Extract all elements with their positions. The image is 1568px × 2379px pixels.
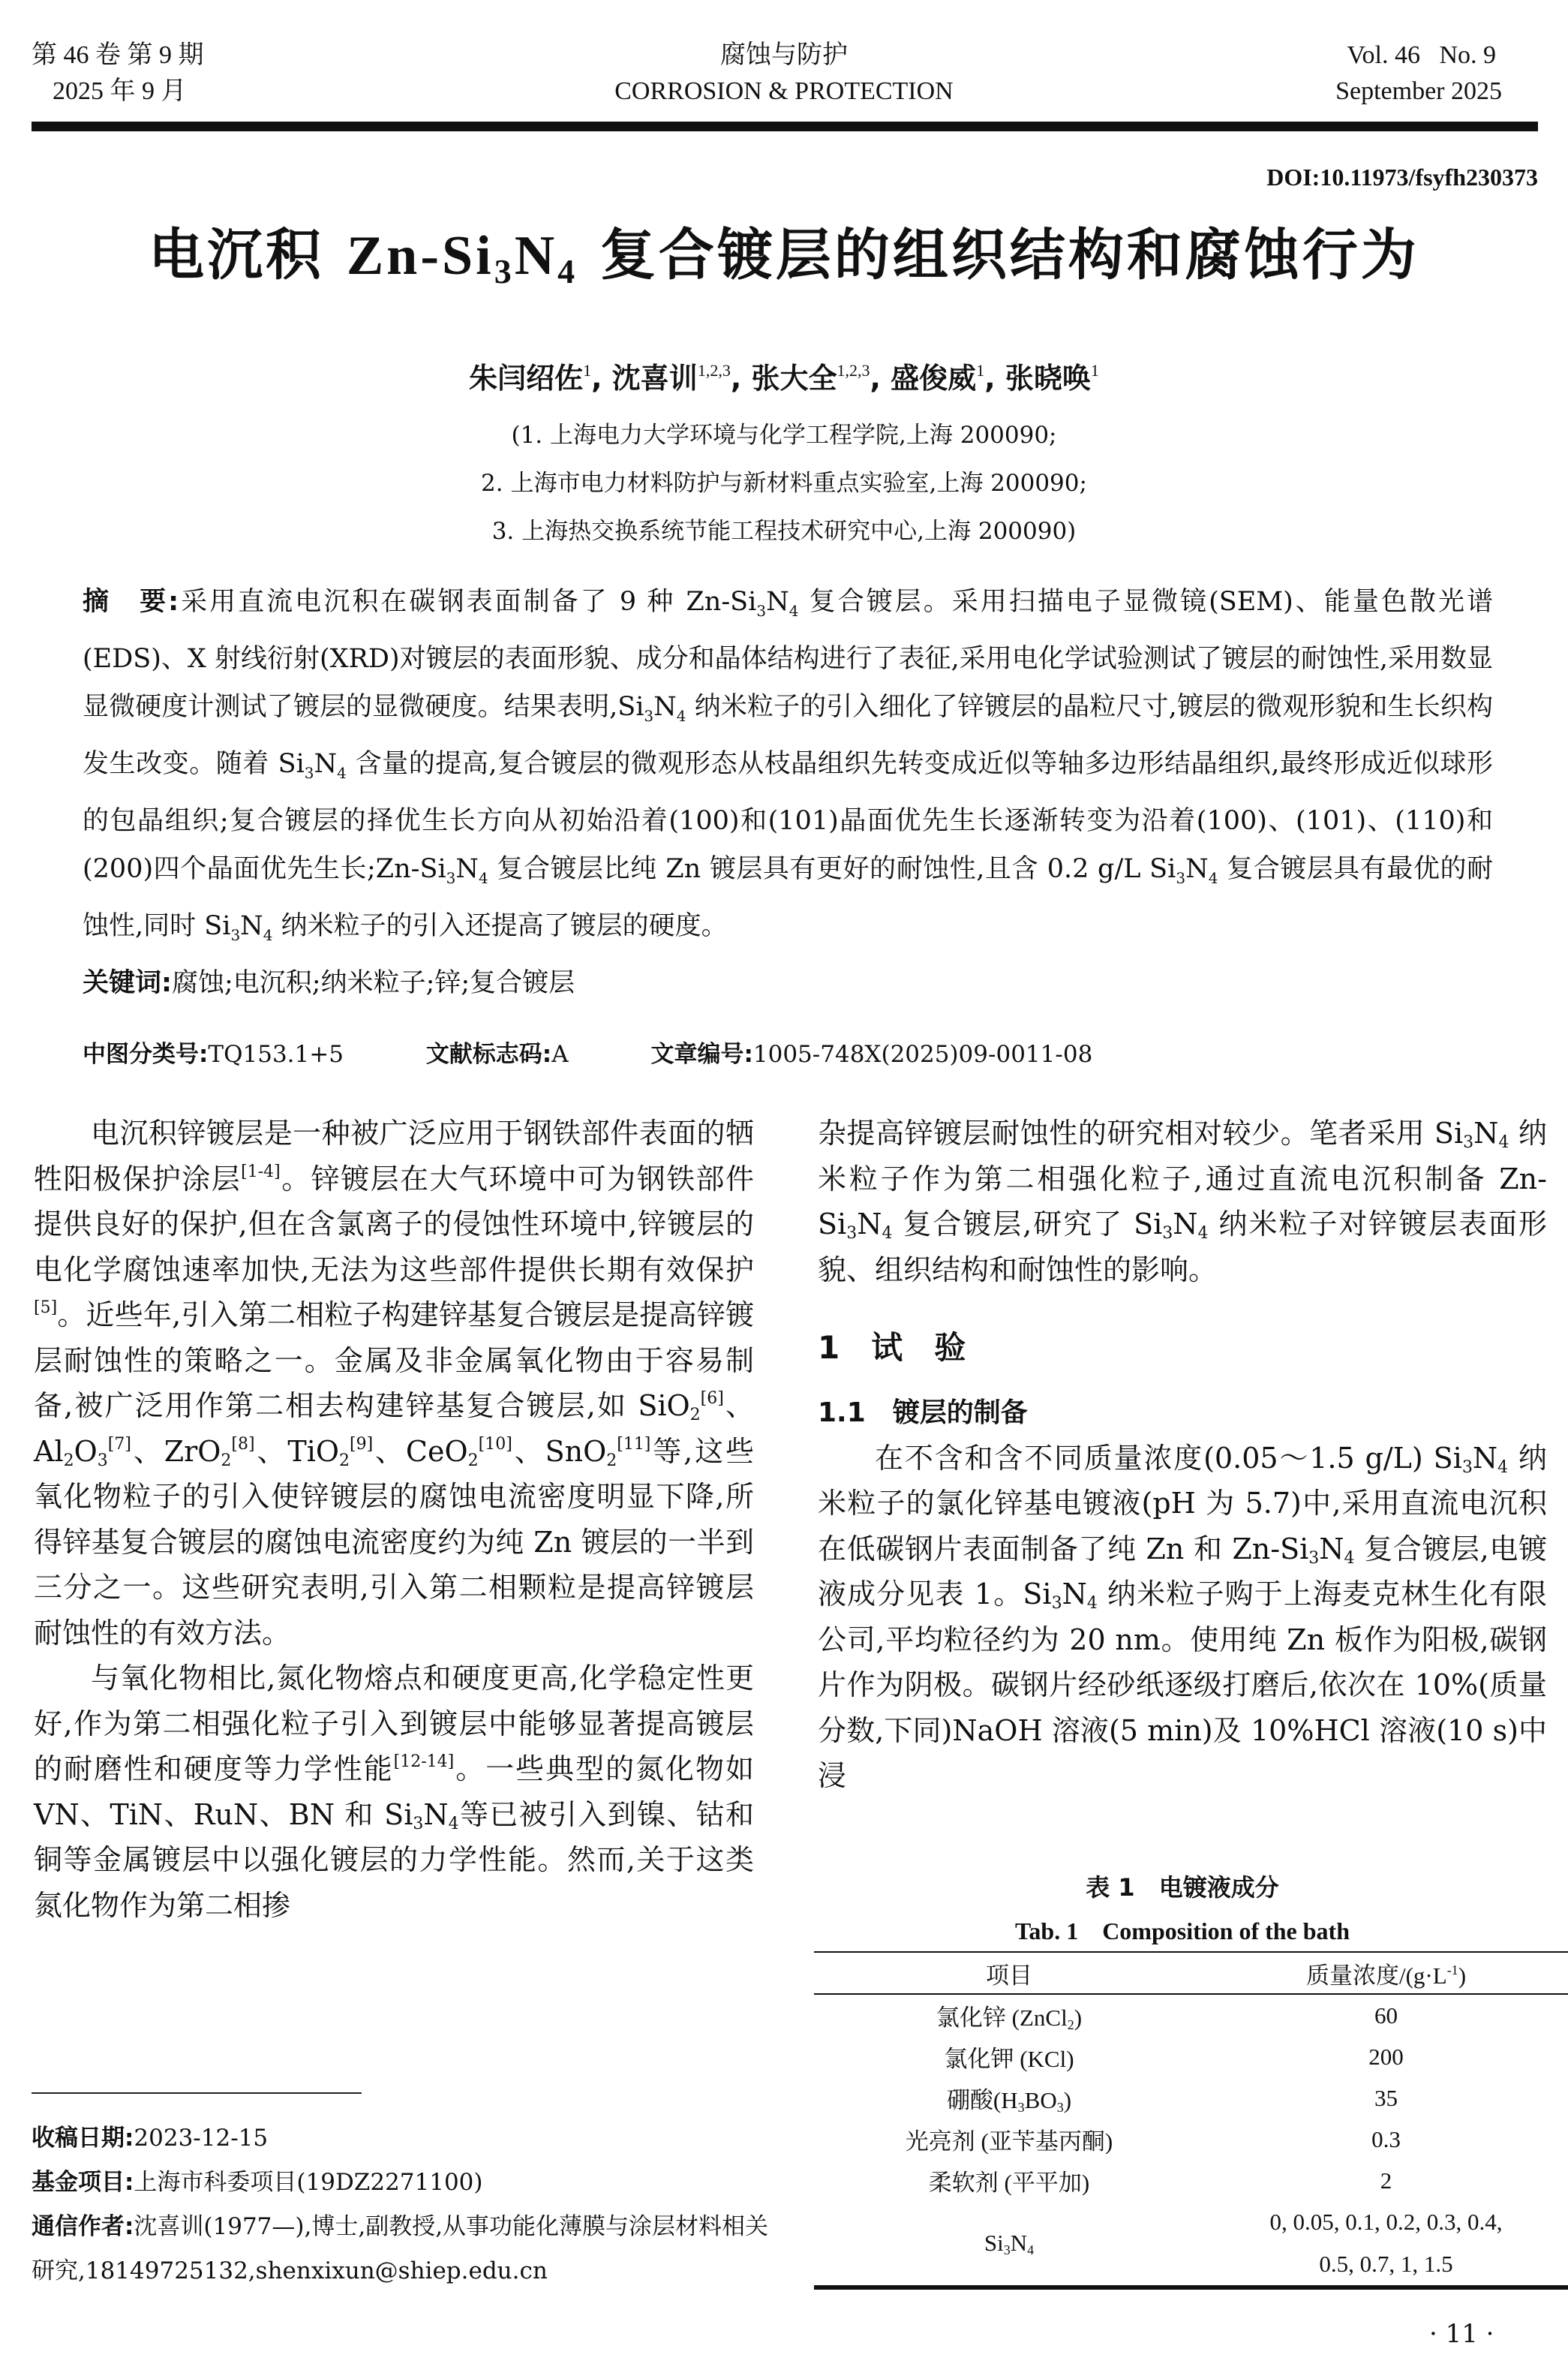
text: 、SnO	[512, 1435, 606, 1468]
text: 杂提高锌镀层耐蚀性的研究相对较少。笔者采用 Si	[818, 1117, 1463, 1150]
cell-item: 硼酸(H3BO3)	[814, 2077, 1204, 2119]
text: 在不含和含不同质量浓度(0.05～1.5 g/L) Si	[875, 1442, 1462, 1475]
section-heading-1: 1 试 验	[818, 1325, 1547, 1371]
title-sub-3: 3	[494, 252, 515, 290]
citation-link[interactable]: [12-14]	[394, 1752, 455, 1771]
chem-symbol: N	[1173, 1208, 1197, 1241]
subscript: 2	[1068, 2017, 1074, 2032]
author: 盛俊威1	[891, 362, 984, 395]
cell-value: 2	[1204, 2160, 1568, 2201]
column-header-item: 项目	[814, 1952, 1204, 1994]
footnote-label: 通信作者:	[32, 2213, 134, 2240]
subscript: 3	[1004, 2242, 1011, 2257]
article-title: 电沉积 Zn-Si3N4 复合镀层的组织结构和腐蚀行为	[0, 218, 1568, 309]
chem-symbol: N	[653, 692, 677, 722]
affiliations: (1. 上海电力大学环境与化学工程学院,上海 200090; 2. 上海市电力材…	[0, 411, 1568, 555]
cell-item: 氯化钾 (KCl)	[814, 2036, 1204, 2077]
text: 、TiO	[255, 1435, 339, 1468]
cell-value: 0, 0.05, 0.1, 0.2, 0.3, 0.4,0.5, 0.7, 1,…	[1204, 2201, 1568, 2287]
citation-link[interactable]: [8]	[231, 1435, 254, 1454]
classification-line: 中图分类号:TQ153.1+5 文献标志码:A 文章编号:1005-748X(2…	[83, 1036, 1493, 1073]
header-rule	[32, 122, 1538, 131]
subscript: 4	[1497, 1458, 1508, 1477]
page-number: · 11 ·	[1429, 2319, 1494, 2349]
author-affiliation-mark: 1,2,3	[837, 361, 870, 380]
chem-symbol: N	[766, 587, 789, 617]
affiliation-3: 3. 上海热交换系统节能工程技术研究中心,上海 200090)	[0, 507, 1568, 555]
author-name: 沈喜训	[612, 362, 698, 395]
footnote-rule	[32, 2092, 362, 2094]
header-text: )	[1458, 1962, 1466, 1989]
footnote-value: 2023-12-15	[134, 2125, 268, 2152]
subscript: 3	[446, 869, 456, 887]
subscript: 3	[1463, 1133, 1473, 1152]
table-row: 氯化锌 (ZnCl2) 60	[814, 1994, 1568, 2036]
abstract-text: 采用直流电沉积在碳钢表面制备了 9 种 Zn-Si	[179, 587, 756, 617]
chem-symbol: N	[423, 1798, 448, 1831]
cell-item: 柔软剂 (平平加)	[814, 2160, 1204, 2201]
paragraph: 在不含和含不同质量浓度(0.05～1.5 g/L) Si3N4 纳米粒子的氯化锌…	[818, 1436, 1547, 1799]
cell-line: 0.5, 0.7, 1, 1.5	[1204, 2243, 1568, 2285]
author: 张晓唤1	[1005, 362, 1099, 395]
text: 、ZrO	[131, 1435, 221, 1468]
cell-item: Si3N4	[814, 2201, 1204, 2287]
citation-link[interactable]: [6]	[701, 1389, 724, 1408]
footnotes: 收稿日期:2023-12-15 基金项目:上海市科委项目(19DZ2271100…	[32, 2116, 782, 2293]
chem-symbol: N	[857, 1208, 882, 1241]
author-affiliation-mark: 1	[976, 361, 984, 380]
subscript: 3	[1308, 1549, 1319, 1568]
subscript: 3	[1052, 1594, 1062, 1613]
title-prefix: 电沉积	[149, 223, 347, 287]
author: 张大全1,2,3	[751, 362, 870, 395]
cell-text: )	[1064, 2087, 1071, 2113]
keywords-value: 腐蚀;电沉积;纳米粒子;锌;复合镀层	[172, 968, 575, 998]
text: O	[74, 1435, 98, 1468]
doc-code-label: 文献标志码:	[426, 1041, 551, 1068]
footnote-value: 沈喜训(1977—),博士,副教授,从事功能化薄膜与涂层材料相关研究,18149…	[32, 2213, 768, 2284]
subscript: 4	[337, 764, 347, 782]
cell-text: )	[1074, 2005, 1082, 2031]
subscript: 3	[1162, 1224, 1173, 1243]
subscript: 3	[1018, 2100, 1025, 2115]
column-header-concentration: 质量浓度/(g·L-1)	[1204, 1952, 1568, 1994]
citation-link[interactable]: [9]	[350, 1435, 373, 1454]
received-date: 收稿日期:2023-12-15	[32, 2116, 782, 2161]
cell-text: 氯化锌 (ZnCl	[936, 2005, 1068, 2031]
citation-link[interactable]: [7]	[108, 1435, 131, 1454]
author-name: 张晓唤	[1005, 362, 1091, 395]
section-heading-1-1: 1.1 镀层的制备	[818, 1391, 1547, 1436]
running-header-volume-en: Vol. 46 No. 9 September 2025	[1335, 38, 1502, 110]
cell-text: BO	[1025, 2087, 1057, 2113]
affiliation-2: 2. 上海市电力材料防护与新材料重点实验室,上海 200090;	[0, 459, 1568, 507]
cell-item: 光亮剂 (亚苄基丙酮)	[814, 2119, 1204, 2160]
subscript: 3	[230, 926, 240, 944]
chem-symbol: N	[1185, 854, 1209, 884]
subscript: 4	[1198, 1224, 1209, 1243]
body-column-right: 杂提高锌镀层耐蚀性的研究相对较少。笔者采用 Si3N4 纳米粒子作为第二相强化粒…	[818, 1111, 1547, 1799]
text: 复合镀层,研究了 Si	[892, 1208, 1162, 1241]
chem-symbol: N	[314, 749, 338, 779]
chem-symbol: N	[240, 911, 263, 941]
chem-symbol: N	[1062, 1577, 1087, 1611]
subscript: 4	[789, 602, 799, 620]
footnote-value: 上海市科委项目(19DZ2271100)	[134, 2169, 482, 2196]
table-row: Si3N4 0, 0.05, 0.1, 0.2, 0.3, 0.4,0.5, 0…	[814, 2201, 1568, 2287]
text: 。近些年,引入第二相粒子构建锌基复合镀层是提高锌镀层耐蚀性的策略之一。金属及非金…	[34, 1298, 754, 1422]
subscript: 3	[644, 707, 653, 725]
title-suffix: 复合镀层的组织结构和腐蚀行为	[578, 223, 1419, 287]
subscript: 2	[468, 1451, 479, 1470]
paragraph: 电沉积锌镀层是一种被广泛应用于钢铁部件表面的牺牲阳极保护涂层[1-4]。锌镀层在…	[34, 1111, 754, 1656]
cell-value: 0.3	[1204, 2119, 1568, 2160]
subscript: 2	[690, 1406, 701, 1424]
journal-title-en: CORROSION & PROTECTION	[0, 74, 1568, 110]
table-row: 光亮剂 (亚苄基丙酮) 0.3	[814, 2119, 1568, 2160]
journal-title-cn: 腐蚀与防护	[0, 38, 1568, 74]
footnote-label: 收稿日期:	[32, 2125, 134, 2152]
chem-symbol: N	[1473, 1117, 1498, 1150]
subscript: 4	[263, 926, 273, 944]
title-sub-4: 4	[557, 252, 578, 290]
subscript: 3	[1462, 1458, 1473, 1477]
subscript: 3	[846, 1224, 857, 1243]
author-name: 朱闫绍佐	[469, 362, 583, 395]
keywords-label: 关键词:	[83, 968, 172, 998]
chem-symbol: N	[1011, 2230, 1027, 2256]
subscript: 3	[305, 764, 314, 782]
author: 朱闫绍佐1	[469, 362, 591, 395]
table-row: 柔软剂 (平平加) 2	[814, 2160, 1568, 2201]
clc-value: TQ153.1+5	[208, 1041, 344, 1068]
text: 、CeO	[373, 1435, 467, 1468]
title-formula-zn-si: Zn-Si	[347, 225, 494, 287]
keywords: 关键词:腐蚀;电沉积;纳米粒子;锌;复合镀层	[83, 959, 1493, 1007]
cell-line: 0, 0.05, 0.1, 0.2, 0.3, 0.4,	[1204, 2201, 1568, 2243]
subscript: 3	[1057, 2100, 1064, 2115]
subscript: 4	[1344, 1549, 1355, 1568]
abstract-text: 纳米粒子的引入还提高了镀层的硬度。	[273, 911, 728, 941]
table-row: 硼酸(H3BO3) 35	[814, 2077, 1568, 2119]
subscript: 2	[339, 1451, 350, 1470]
cell-value: 60	[1204, 1994, 1568, 2036]
subscript: 2	[221, 1451, 231, 1470]
author-name: 张大全	[751, 362, 837, 395]
subscript: 4	[1027, 2242, 1034, 2257]
citation-link[interactable]: [10]	[479, 1435, 512, 1454]
doi-link[interactable]: DOI:10.11973/fsyfh230373	[1266, 164, 1538, 191]
article-no-value: 1005-748X(2025)09-0011-08	[753, 1041, 1092, 1068]
table-row: 氯化钾 (KCl) 200	[814, 2036, 1568, 2077]
citation-link[interactable]: [5]	[34, 1298, 57, 1317]
superscript: -1	[1447, 1962, 1458, 1977]
subscript: 3	[413, 1815, 423, 1833]
cell-text: Si	[984, 2230, 1004, 2256]
author-affiliation-mark: 1	[1091, 361, 1099, 380]
author-list: 朱闫绍佐1, 沈喜训1,2,3, 张大全1,2,3, 盛俊威1, 张晓唤1	[0, 350, 1568, 399]
subscript: 4	[479, 869, 488, 887]
article-no-label: 文章编号:	[650, 1041, 752, 1068]
subscript: 4	[882, 1224, 892, 1243]
author-name: 盛俊威	[891, 362, 976, 395]
header-month-year: September 2025	[1335, 74, 1502, 110]
cell-item: 氯化锌 (ZnCl2)	[814, 1994, 1204, 2036]
author: 沈喜训1,2,3	[612, 362, 731, 395]
cell-text: 硼酸(H	[947, 2087, 1018, 2113]
table-caption-en: Tab. 1 Composition of the bath	[818, 1912, 1547, 1947]
clc-label: 中图分类号:	[83, 1041, 208, 1068]
bath-composition-table: 项目 质量浓度/(g·L-1) 氯化锌 (ZnCl2) 60 氯化钾 (KCl)…	[814, 1951, 1568, 2290]
doc-code-value: A	[551, 1041, 568, 1068]
author-affiliation-mark: 1,2,3	[698, 361, 731, 380]
paragraph: 与氧化物相比,氮化物熔点和硬度更高,化学稳定性更好,作为第二相强化粒子引入到镀层…	[34, 1656, 754, 1928]
header-text: 质量浓度/(g·L	[1306, 1962, 1447, 1989]
subscript: 4	[1498, 1133, 1509, 1152]
table-caption-cn: 表 1 电镀液成分	[818, 1869, 1547, 1903]
table-header-row: 项目 质量浓度/(g·L-1)	[814, 1952, 1568, 1994]
author-affiliation-mark: 1	[583, 361, 591, 380]
subscript: 3	[98, 1451, 108, 1470]
subscript: 4	[677, 707, 686, 725]
title-formula-n: N	[515, 225, 557, 287]
chem-symbol: N	[1319, 1532, 1344, 1565]
chem-symbol: N	[1473, 1442, 1497, 1475]
subscript: 4	[1087, 1594, 1098, 1613]
paragraph: 杂提高锌镀层耐蚀性的研究相对较少。笔者采用 Si3N4 纳米粒子作为第二相强化粒…	[818, 1111, 1547, 1292]
subscript: 3	[1176, 869, 1185, 887]
subscript: 4	[1209, 869, 1218, 887]
citation-link[interactable]: [1-4]	[241, 1162, 281, 1181]
subscript: 3	[756, 602, 766, 620]
abstract-text: 复合镀层比纯 Zn 镀层具有更好的耐蚀性,且含 0.2 g/L Si	[488, 854, 1176, 884]
fund-project: 基金项目:上海市科委项目(19DZ2271100)	[32, 2161, 782, 2205]
cell-value: 35	[1204, 2077, 1568, 2119]
subscript: 2	[64, 1451, 74, 1470]
chem-symbol: N	[455, 854, 479, 884]
affiliation-1: (1. 上海电力大学环境与化学工程学院,上海 200090;	[0, 411, 1568, 459]
footnote-label: 基金项目:	[32, 2169, 134, 2196]
subscript: 2	[606, 1451, 617, 1470]
citation-link[interactable]: [11]	[617, 1435, 650, 1454]
header-vol-no: Vol. 46 No. 9	[1335, 38, 1502, 74]
subscript: 4	[449, 1815, 459, 1833]
running-header-journal: 腐蚀与防护 CORROSION & PROTECTION	[0, 38, 1568, 110]
abstract-label: 摘 要:	[83, 587, 179, 617]
corresponding-author: 通信作者:沈喜训(1977—),博士,副教授,从事功能化薄膜与涂层材料相关研究,…	[32, 2205, 782, 2293]
body-column-left: 电沉积锌镀层是一种被广泛应用于钢铁部件表面的牺牲阳极保护涂层[1-4]。锌镀层在…	[34, 1111, 754, 1928]
cell-value: 200	[1204, 2036, 1568, 2077]
abstract: 摘 要:采用直流电沉积在碳钢表面制备了 9 种 Zn-Si3N4 复合镀层。采用…	[83, 578, 1493, 1007]
